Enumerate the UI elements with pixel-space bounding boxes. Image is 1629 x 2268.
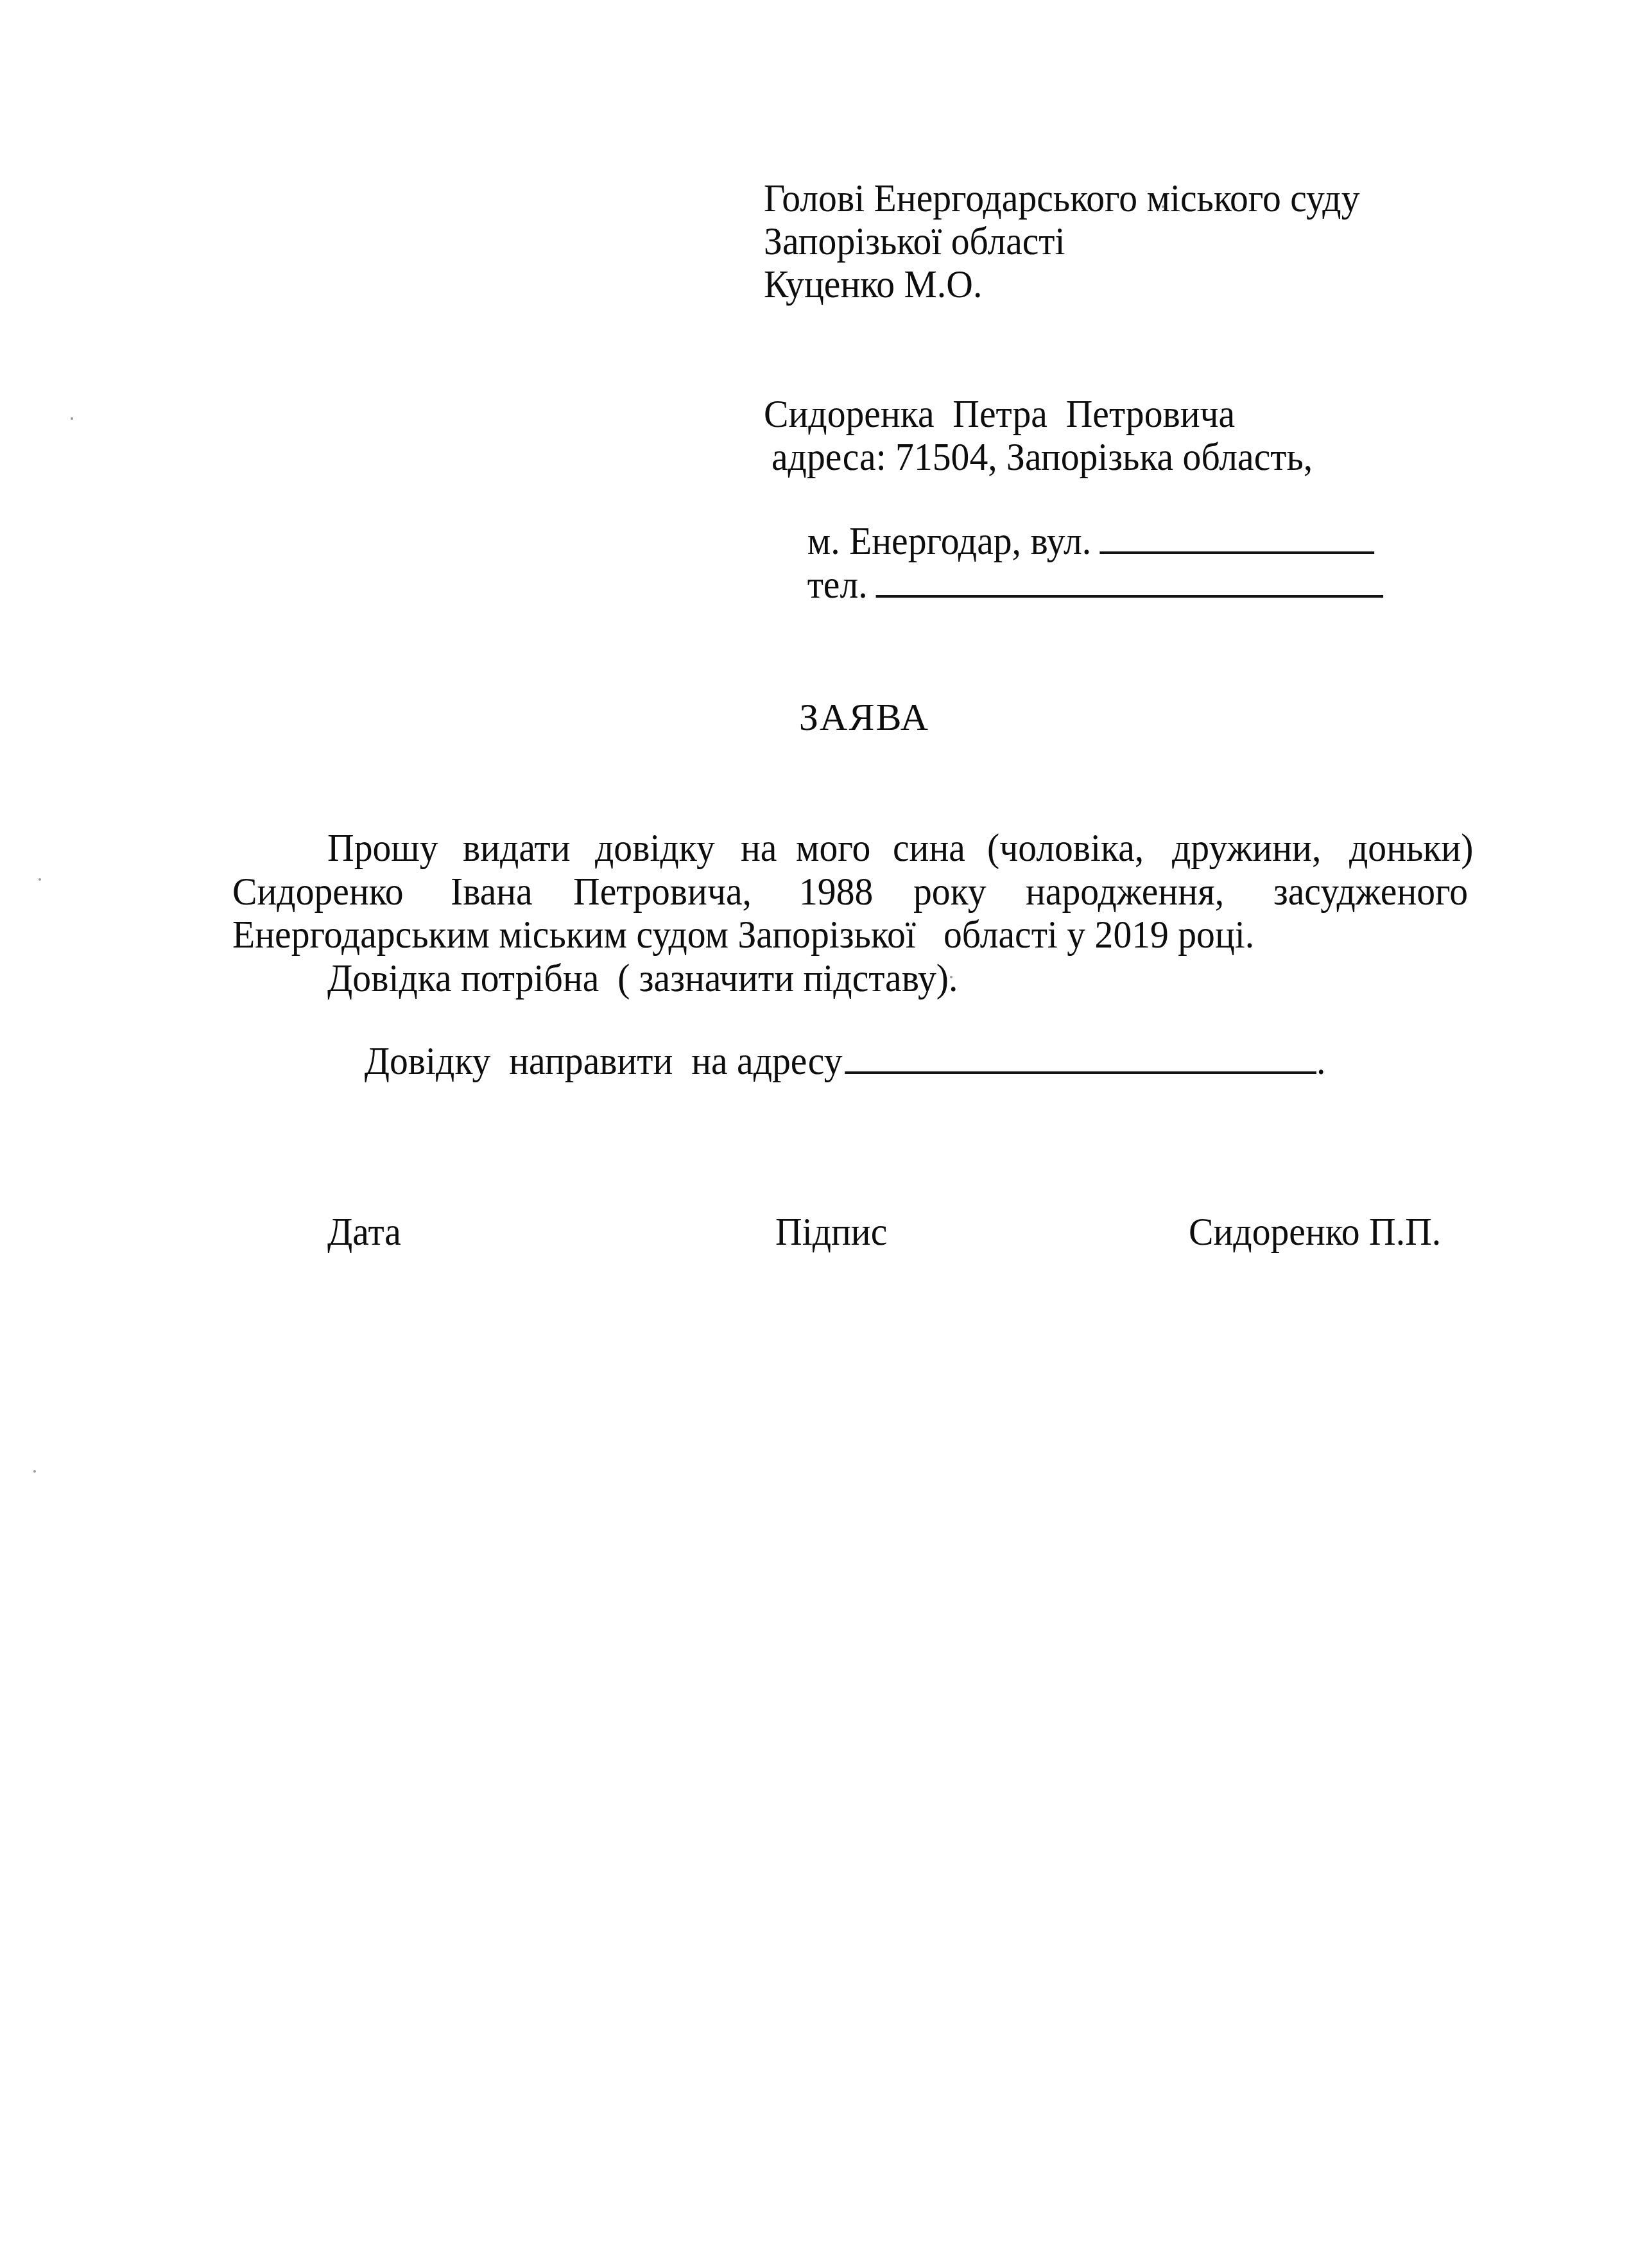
applicant-phone-row: тел. — [770, 525, 1383, 645]
body-word: дружини, — [1172, 828, 1321, 868]
addressee-line-2: Запорізької області — [764, 221, 1065, 261]
scan-speck — [39, 878, 41, 881]
addressee-line-1: Голові Енергодарського міського суду — [764, 178, 1359, 218]
body-address-row: Довідку направити на адресу. — [327, 1001, 1325, 1121]
scan-speck — [33, 1470, 36, 1473]
phone-blank-field[interactable] — [876, 594, 1384, 598]
body-para1-line3: Енергодарським міським судом Запорізької… — [232, 915, 1254, 955]
delivery-address-blank-field[interactable] — [845, 1070, 1316, 1074]
scan-speck — [71, 417, 73, 420]
body-word: доньки) — [1349, 828, 1473, 868]
body-para1-line2: СидоренкоІванаПетровича,1988рокународжен… — [232, 872, 1483, 912]
body-word: довідку — [595, 828, 715, 868]
body-word: мого — [796, 828, 870, 868]
body-word: Петровича, — [573, 872, 752, 912]
body-word: (чоловіка, — [987, 828, 1144, 868]
body-word: Прошу — [327, 828, 438, 868]
body-word: 1988 — [799, 872, 873, 912]
addressee-line-3: Куценко М.О. — [764, 264, 982, 304]
address-period: . — [1316, 1039, 1325, 1083]
scan-speck — [1162, 205, 1164, 208]
body-word: року — [913, 872, 987, 912]
body-para1-line1: Прошувидатидовідкунамогосина(чоловіка,др… — [327, 828, 1483, 868]
document-title: ЗАЯВА — [799, 698, 929, 736]
date-label: Дата — [327, 1212, 401, 1252]
body-word: Сидоренко — [232, 872, 404, 912]
body-reason-line: Довідка потрібна ( зазначити підставу). — [327, 958, 958, 998]
body-word: Івана — [451, 872, 533, 912]
applicant-address: адреса: 71504, Запорізька область, — [771, 437, 1313, 477]
body-word: засудженого — [1273, 872, 1468, 912]
body-word: сина — [893, 828, 965, 868]
signer-name: Сидоренко П.П. — [1189, 1212, 1441, 1252]
body-word: видати — [463, 828, 571, 868]
scan-speck — [950, 976, 952, 978]
applicant-name: Сидоренка Петра Петровича — [764, 394, 1235, 434]
document-page: Голові Енергодарського міського суду Зап… — [0, 0, 1629, 2268]
phone-label: тел. — [807, 563, 868, 607]
body-word: народження, — [1026, 872, 1224, 912]
address-label: Довідку направити на адресу — [365, 1039, 843, 1083]
body-word: на — [741, 828, 777, 868]
signature-label: Підпис — [775, 1212, 887, 1252]
